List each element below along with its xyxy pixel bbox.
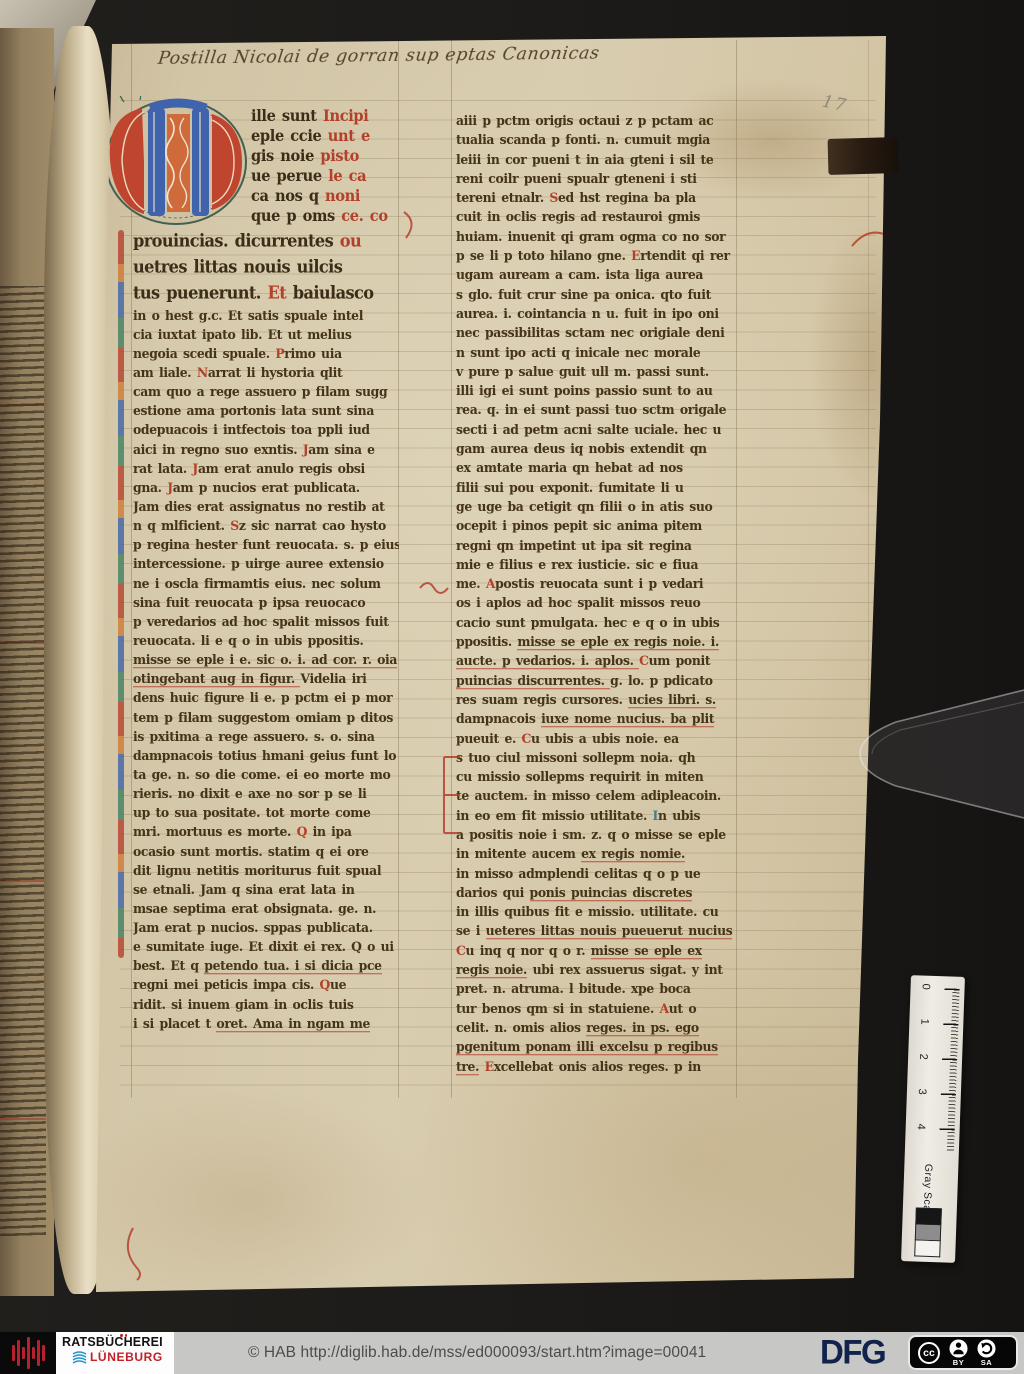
- patch-white: [914, 1240, 941, 1257]
- cc-icon: cc: [918, 1342, 940, 1364]
- binding-strap: [828, 137, 899, 175]
- grayscale-ruler: 01234 Gray Scale: [901, 975, 965, 1263]
- library-emblem-icon: [12, 1336, 45, 1370]
- cc-license-badge: cc BY SA: [908, 1335, 1018, 1370]
- ruler-number: 0: [917, 983, 931, 997]
- library-emblem-box: [0, 1332, 56, 1374]
- manuscript-page: Postilla Nicolai de gorran sup eptas Can…: [0, 0, 1024, 1332]
- facing-page-text-texture: [0, 286, 46, 1236]
- digitized-manuscript-photo: Postilla Nicolai de gorran sup eptas Can…: [0, 0, 1024, 1374]
- ruler-number: 4: [912, 1123, 926, 1137]
- credit-bar: RATSBÜCHEREI LÜNEBURG © HAB http://digli…: [0, 1332, 1024, 1374]
- red-marginalia: [0, 0, 1024, 1332]
- patch-black: [915, 1207, 942, 1225]
- cc-sa-icon: SA: [977, 1339, 996, 1367]
- book-icon: [72, 1351, 87, 1364]
- ruler-numbers: 01234: [911, 975, 965, 977]
- library-city: LÜNEBURG: [90, 1350, 163, 1364]
- credit-url-text: © HAB http://diglib.hab.de/mss/ed000093/…: [248, 1332, 706, 1374]
- ruler-number: 2: [915, 1053, 929, 1067]
- cc-by-icon: BY: [949, 1339, 968, 1367]
- dfg-logo: DFG: [820, 1330, 885, 1374]
- ruler-number: 3: [914, 1088, 928, 1102]
- library-logo: RATSBÜCHEREI LÜNEBURG: [56, 1332, 174, 1374]
- gray-scale-patches: [914, 1207, 942, 1257]
- ruler-number: 1: [916, 1018, 930, 1032]
- photo-background: Postilla Nicolai de gorran sup eptas Can…: [0, 0, 1024, 1332]
- patch-gray: [915, 1224, 942, 1241]
- umlaut-accent: [120, 1334, 128, 1337]
- library-name: RATSBÜCHEREI: [62, 1335, 174, 1349]
